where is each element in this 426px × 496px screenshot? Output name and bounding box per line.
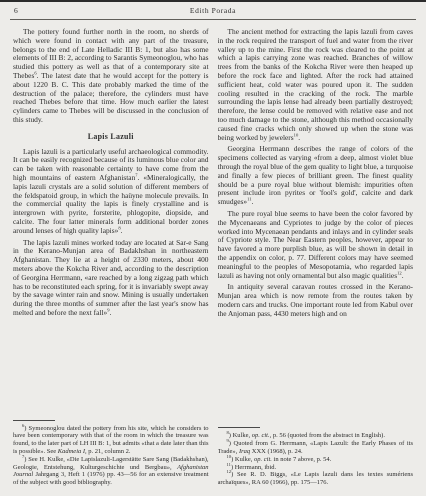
right-column: The ancient method for extracting the la… (218, 28, 414, 487)
running-head-author: Edith Porada (14, 6, 412, 15)
footnote-separator (13, 420, 55, 421)
footnote-separator (218, 427, 260, 428)
footnote-10: 10) Kulke, op. cit. in note 7 above, p. … (218, 456, 414, 464)
footnote-6: 6) Symeonoglou dated the pottery from hi… (13, 425, 209, 456)
paragraph-caravan-routes: In antiquity several caravan routes cros… (218, 283, 414, 318)
paragraph-pottery-dating: The pottery found further north in the r… (13, 28, 209, 125)
footnote-9: 9) Quoted from G. Herrmann, «Lapis Lazul… (218, 440, 414, 456)
paragraph-color-preferences: The pure royal blue seems to have been t… (218, 210, 414, 280)
paragraph-lapis-mineralogy: Lapis lazuli is a particularly useful ar… (13, 148, 209, 236)
footnote-12: 12) See R. D. Biggs, «Le Lapis lazuli da… (218, 471, 414, 487)
text-columns: The pottery found further north in the r… (0, 20, 426, 487)
paragraph-extraction-method: The ancient method for extracting the la… (218, 28, 414, 142)
section-heading-lapis-lazuli: Lapis Lazuli (13, 133, 209, 142)
book-page: 6 Edith Porada The pottery found further… (0, 0, 426, 496)
page-top-edge-line (0, 0, 426, 2)
paragraph-lapis-mines: The lapis lazuli mines worked today are … (13, 239, 209, 318)
footnote-7: 7) See H. Kulke, «Die Lapislazuli-Lagers… (13, 456, 209, 487)
left-column: The pottery found further north in the r… (13, 28, 209, 487)
running-header: 6 Edith Porada (14, 6, 412, 16)
left-footnote-block: 6) Symeonoglou dated the pottery from hi… (13, 415, 209, 487)
right-footnote-block: 8) Kulke, op. cit., p. 56 (quoted from t… (218, 422, 414, 487)
paragraph-color-range: Georgina Herrmann describes the range of… (218, 145, 414, 207)
